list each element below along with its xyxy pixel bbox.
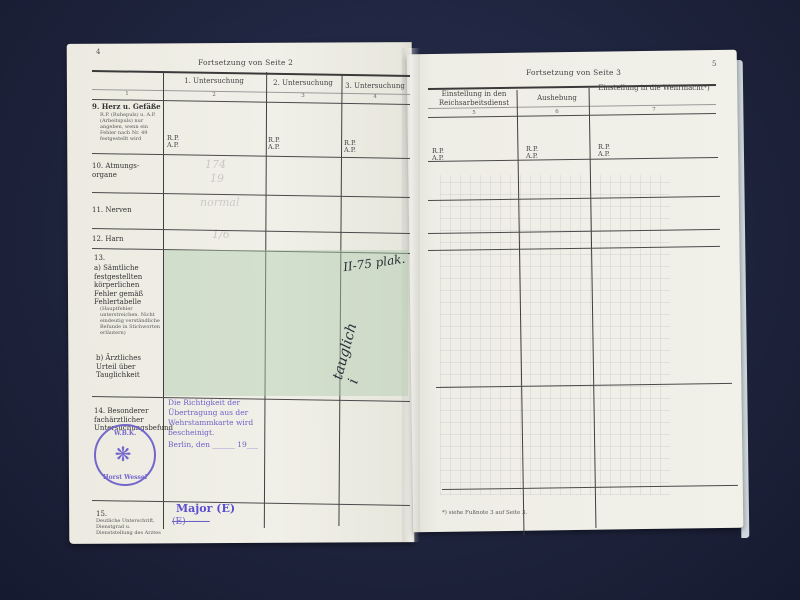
- col-header-6: Aushebung: [522, 94, 592, 103]
- row-11-label: 11. Nerven: [92, 206, 152, 215]
- struck-stamp: (E) -------: [172, 517, 210, 527]
- col-header-2: 1. Untersuchung: [166, 77, 262, 86]
- ap-label: A.P.: [167, 141, 179, 149]
- open-document-booklet: 4 Fortsetzung von Seite 2 1. Untersuchun…: [0, 0, 800, 600]
- col-header-4: 3. Untersuchung: [342, 82, 408, 91]
- col-header-5: Einstellung in den Reichsarbeitsdienst: [430, 90, 518, 108]
- row-9-label: 9. Herz u. Gefäße: [92, 103, 164, 112]
- right-running-head: Fortsetzung von Seite 3: [526, 68, 621, 77]
- col-header-3: 2. Untersuchung: [266, 79, 340, 88]
- col-number-4: 4: [342, 94, 408, 100]
- row-10-label: 10. Atmungs-organe: [92, 162, 152, 179]
- left-running-head: Fortsetzung von Seite 2: [198, 58, 293, 67]
- row-13a-note: (Hauptfehler unterstreichen. Nicht einde…: [100, 306, 160, 336]
- rank-stamp: Major (E): [176, 502, 235, 515]
- col-number-7: 7: [596, 107, 712, 113]
- col-number-5: 5: [430, 110, 518, 116]
- row-12-label: 12. Harn: [92, 235, 152, 244]
- faint-handwriting-3: normal: [200, 196, 239, 209]
- col-number-6: 6: [522, 109, 592, 115]
- row-9-col4-rp: R.P.A.P.: [344, 140, 356, 154]
- col7-rp-ap: R.P.A.P.: [598, 144, 610, 158]
- bleed-through-grid: [440, 175, 670, 495]
- left-page-number: 4: [96, 48, 100, 56]
- row-9-col3-rp: R.P.A.P.: [268, 137, 280, 151]
- place-date-stamp: Berlin, den ______ 19___: [168, 440, 264, 450]
- col-number-2: 2: [166, 92, 262, 98]
- official-round-stamp: W.B.K. ❋ Horst Wessel: [94, 424, 156, 486]
- ap-label: A.P.: [344, 146, 356, 154]
- row-9-note: R.P. (Ruhepuls) u. A.P. (Arbeitspuls) nu…: [100, 112, 162, 142]
- row-13-label: 13.: [94, 254, 105, 263]
- faint-handwriting-2: 19: [210, 172, 224, 185]
- col-header-7: Einstellung in die Wehrmacht*): [596, 84, 712, 93]
- stamp-ring-text-bottom: Horst Wessel: [96, 474, 154, 481]
- row-13-green-field: [164, 250, 408, 396]
- row-13b-label: b) Ärztliches Urteil über Tauglichkeit: [96, 354, 162, 380]
- row-9-col2-rp: R.P.A.P.: [167, 135, 179, 149]
- faint-handwriting-1: 174: [205, 158, 226, 171]
- right-footnote: *) siehe Fußnote 3 auf Seite 3.: [442, 510, 527, 516]
- stamp-ring-text-top: W.B.K.: [96, 430, 154, 437]
- ap-label: A.P.: [268, 143, 280, 151]
- right-page-number: 5: [712, 60, 716, 68]
- eagle-emblem-icon: ❋: [110, 441, 136, 467]
- row-15-note: Deutliche Unterschrift, Dienstgrad u. Di…: [96, 518, 162, 536]
- col6-rp-ap: R.P.A.P.: [526, 146, 538, 160]
- row-13a-label: a) Sämtliche festgestellten körperlichen…: [94, 264, 160, 307]
- ap-label: A.P.: [598, 150, 610, 158]
- col-number-1: 1: [92, 91, 162, 97]
- col-number-3: 3: [266, 93, 340, 99]
- certification-stamp: Die Richtigkeit der Übertragung aus der …: [168, 398, 260, 438]
